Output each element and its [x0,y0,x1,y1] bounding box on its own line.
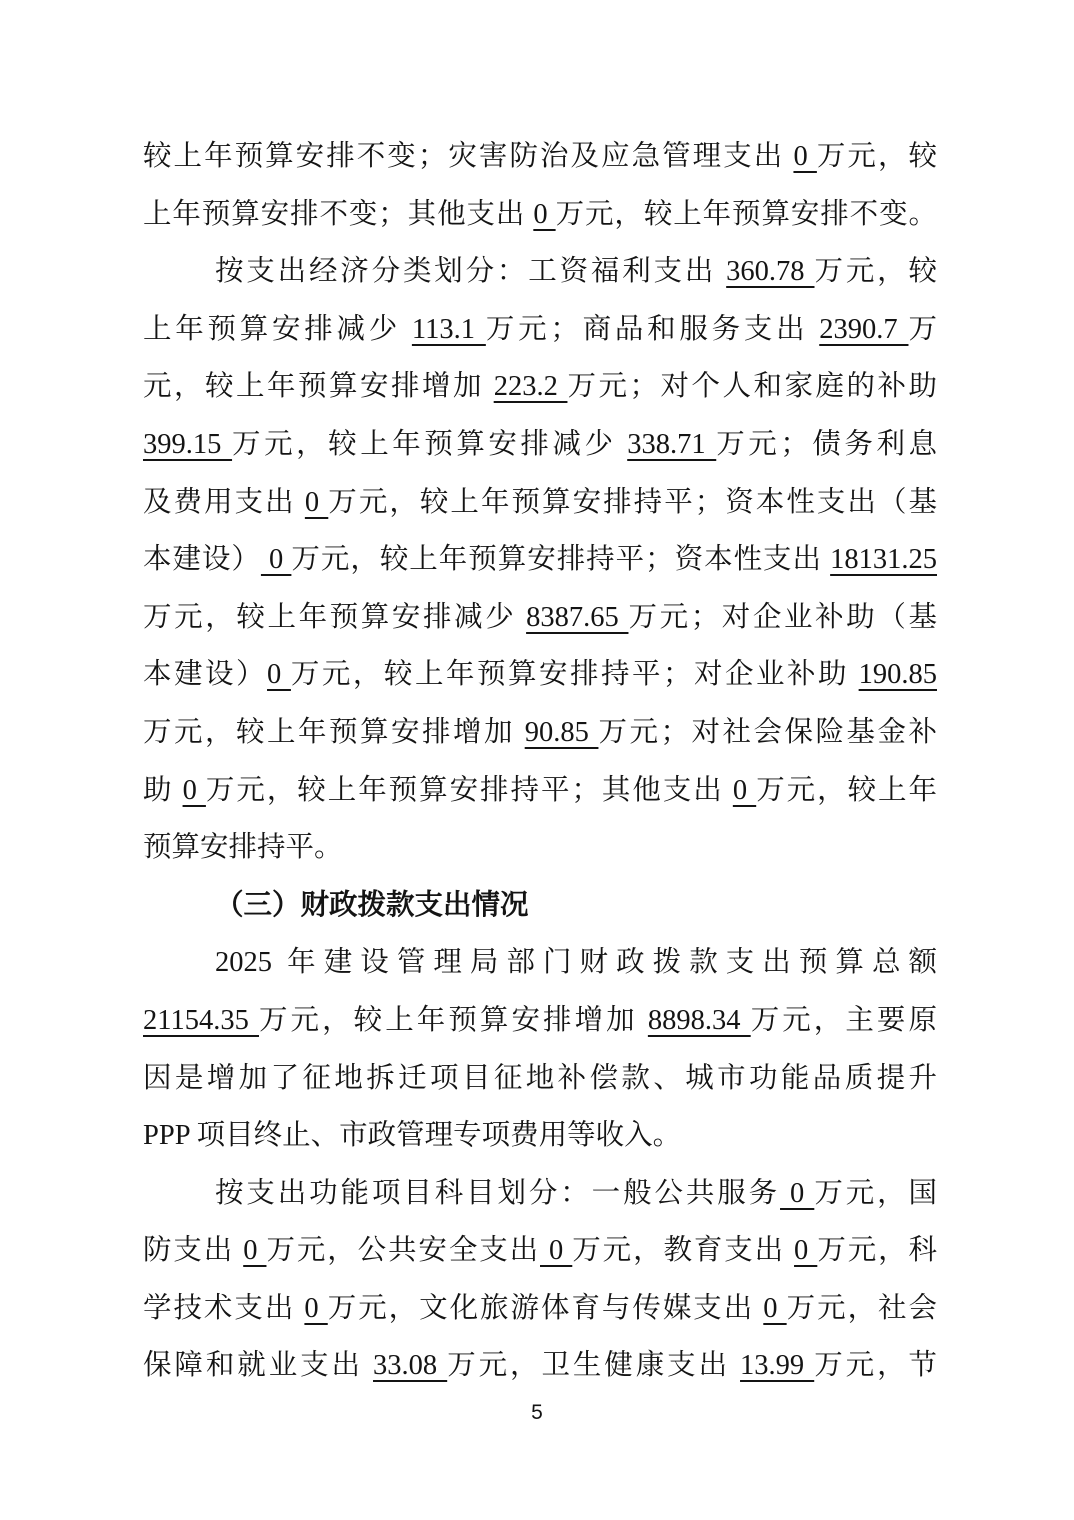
text-run: 万 [908,314,937,345]
underlined-value: 8898.34 [648,1005,751,1036]
text-run: 万元，节 [814,1350,937,1381]
text-run: 万元，较上年预算安排不变。 [556,199,937,230]
underlined-value: 33.08 [373,1350,447,1381]
underlined-value: 223.2 [494,371,568,402]
underlined-value: 0 [794,1235,817,1266]
text-run: 万元，较上年预算安排增加 [143,717,525,748]
text-run: 万元，较上年预算安排持平；资本性支出（基 [328,487,937,518]
text-line: 按支出经济分类划分：工资福利支出 360.78 万元，较 [143,243,937,301]
section-heading: （三）财政拨款支出情况 [143,877,937,935]
underlined-value: 338.71 [627,429,716,460]
text-run: 本建设） [143,544,261,575]
text-run: 助 [143,775,183,806]
text-run: 学技术支出 [143,1293,304,1324]
underlined-value: 90.85 [525,717,599,748]
text-run: 因是增加了征地拆迁项目征地补偿款、城市功能品质提升 [143,1063,937,1094]
underlined-value: 0 [793,141,816,172]
text-line: 学技术支出 0 万元，文化旅游体育与传媒支出 0 万元，社会 [143,1280,937,1338]
underlined-value: 0 [243,1235,266,1266]
text-line: 本建设）0 万元，较上年预算安排持平；对企业补助 190.85 [143,646,937,704]
underlined-value: 18131.25 [830,544,937,575]
text-run: 万元，较上年预算安排持平；资本性支出 [291,544,830,575]
text-run: 万元，较上年预算安排减少 [143,602,526,633]
text-line: 助 0 万元，较上年预算安排持平；其他支出 0 万元，较上年 [143,762,937,820]
underlined-value: 2390.7 [819,314,908,345]
text-line: 上年预算安排减少 113.1 万元；商品和服务支出 2390.7 万 [143,301,937,359]
text-run: 上年预算安排减少 [143,314,412,345]
text-run: 万元，较上年预算安排增加 [259,1005,648,1036]
text-run: 及费用支出 [143,487,305,518]
text-run: 本建设） [143,659,267,690]
underlined-value: 21154.35 [143,1005,259,1036]
underlined-value: 0 [304,1293,327,1324]
underlined-value: 13.99 [740,1350,814,1381]
underlined-value: 0 [780,1178,814,1209]
text-line: 21154.35 万元，较上年预算安排增加 8898.34 万元，主要原 [143,992,937,1050]
text-run: 万元；对个人和家庭的补助 [567,371,937,402]
text-run: PPP 项目终止、市政管理专项费用等收入。 [143,1120,681,1151]
text-run: 元，较上年预算安排增加 [143,371,494,402]
text-line: 保障和就业支出 33.08 万元，卫生健康支出 13.99 万元，节 [143,1337,937,1395]
text-line: 本建设） 0 万元，较上年预算安排持平；资本性支出 18131.25 [143,531,937,589]
underlined-value: 8387.65 [526,602,628,633]
document-page: 较上年预算安排不变；灾害防治及应急管理支出 0 万元，较上年预算安排不变；其他支… [0,0,1074,1520]
text-line: 万元，较上年预算安排增加 90.85 万元；对社会保险基金补 [143,704,937,762]
document-body: 较上年预算安排不变；灾害防治及应急管理支出 0 万元，较上年预算安排不变；其他支… [143,128,937,1395]
text-line: 万元，较上年预算安排减少 8387.65 万元；对企业补助（基 [143,589,937,647]
text-run: 万元，公共安全支出 [266,1235,540,1266]
underlined-value: 0 [183,775,206,806]
text-run: 万元；对企业补助（基 [628,602,937,633]
underlined-value: 0 [540,1235,572,1266]
underlined-value: 190.85 [859,659,937,690]
text-run: 预算安排持平。 [143,832,343,863]
text-run: 上年预算安排不变；其他支出 [143,199,533,230]
text-line: 较上年预算安排不变；灾害防治及应急管理支出 0 万元，较 [143,128,937,186]
text-run: 按支出经济分类划分：工资福利支出 [215,256,726,287]
text-run: 2025 年建设管理局部门财政拨款支出预算总额 [215,947,937,978]
text-run: 防支出 [143,1235,243,1266]
text-line: 因是增加了征地拆迁项目征地补偿款、城市功能品质提升 [143,1050,937,1108]
text-line: PPP 项目终止、市政管理专项费用等收入。 [143,1107,937,1165]
text-run: 万元，较上年预算安排持平；其他支出 [206,775,733,806]
text-run: 万元，较上年预算安排减少 [232,429,627,460]
text-run: 万元，科 [817,1235,937,1266]
text-run: 万元，较 [817,141,937,172]
underlined-value: 399.15 [143,429,232,460]
text-run: 万元，社会 [787,1293,937,1324]
text-run: 万元，较 [815,256,937,287]
text-run: 万元；债务利息 [716,429,937,460]
text-line: 元，较上年预算安排增加 223.2 万元；对个人和家庭的补助 [143,358,937,416]
text-run: 按支出功能项目科目划分：一般公共服务 [215,1178,780,1209]
text-run: 万元，国 [814,1178,937,1209]
text-run: 保障和就业支出 [143,1350,373,1381]
text-run: 万元，较上年预算安排持平；对企业补助 [291,659,859,690]
text-line: 上年预算安排不变；其他支出 0 万元，较上年预算安排不变。 [143,186,937,244]
underlined-value: 0 [763,1293,786,1324]
text-run: 万元；商品和服务支出 [486,314,819,345]
underlined-value: 360.78 [726,256,814,287]
text-run: 万元，主要原 [751,1005,937,1036]
text-line: 防支出 0 万元，公共安全支出 0 万元，教育支出 0 万元，科 [143,1222,937,1280]
text-line: 按支出功能项目科目划分：一般公共服务 0 万元，国 [143,1165,937,1223]
text-run: 万元，较上年 [756,775,937,806]
text-run: 较上年预算安排不变；灾害防治及应急管理支出 [143,141,793,172]
text-run: 万元，教育支出 [572,1235,794,1266]
underlined-value: 0 [733,775,756,806]
text-line: 2025 年建设管理局部门财政拨款支出预算总额 [143,934,937,992]
page-number: 5 [0,1398,1074,1428]
text-run: 万元，文化旅游体育与传媒支出 [328,1293,764,1324]
underlined-value: 0 [533,199,555,230]
underlined-value: 0 [267,659,291,690]
text-run: 万元；对社会保险基金补 [598,717,937,748]
underlined-value: 113.1 [412,314,486,345]
text-run: 万元，卫生健康支出 [447,1350,740,1381]
text-line: 及费用支出 0 万元，较上年预算安排持平；资本性支出（基 [143,474,937,532]
underlined-value: 0 [305,487,328,518]
text-run: （三）财政拨款支出情况 [215,890,529,921]
text-line: 预算安排持平。 [143,819,937,877]
underlined-value: 0 [261,544,291,575]
text-line: 399.15 万元，较上年预算安排减少 338.71 万元；债务利息 [143,416,937,474]
